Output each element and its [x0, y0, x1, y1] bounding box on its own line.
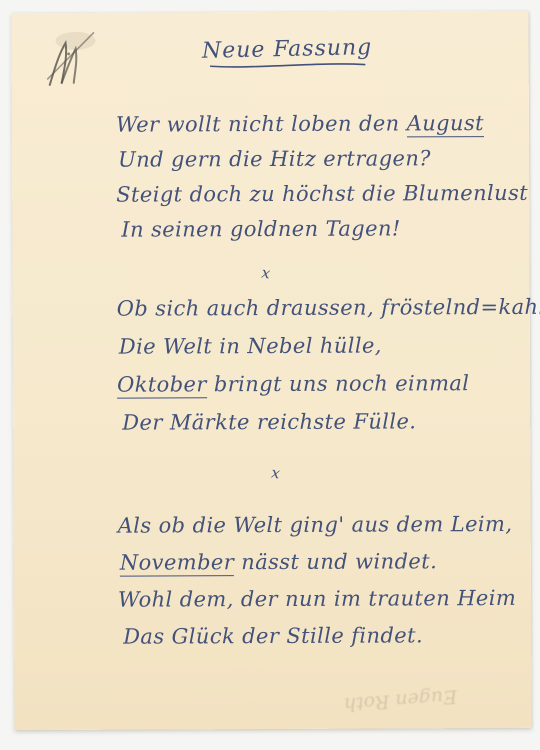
poem-text: Wohl dem, der nun im trauten Heim [118, 586, 516, 612]
poem-line: Ob sich auch draussen, fröstelnd=kahl [117, 288, 540, 328]
underlined-word: Oktober [117, 372, 207, 398]
poem: Wer wollt nicht loben den AugustUnd gern… [11, 11, 531, 730]
poem-line: Oktober bringt uns noch einmal [117, 364, 540, 404]
poem-line: Das Glück der Stille findet. [123, 617, 516, 656]
photo-background: Neue Fassung Wer wollt nicht loben den A… [0, 0, 540, 750]
poem-stanza: Wer wollt nicht loben den AugustUnd gern… [116, 106, 528, 248]
poem-line: Wer wollt nicht loben den August [116, 106, 528, 143]
poem-line: Als ob die Welt ging' aus dem Leim, [118, 506, 516, 545]
poem-text: Und gern die Hitz ertragen? [118, 146, 431, 171]
poem-text: bringt uns noch einmal [207, 371, 470, 396]
poem-text: Die Welt in Nebel hülle, [119, 334, 382, 359]
poem-stanza: Ob sich auch draussen, fröstelnd=kahlDie… [117, 288, 540, 442]
poem-stanza: Als ob die Welt ging' aus dem Leim,Novem… [118, 506, 517, 656]
manuscript-page: Neue Fassung Wer wollt nicht loben den A… [11, 11, 531, 730]
poem-line: Und gern die Hitz ertragen? [118, 141, 528, 178]
poem-line: In seinen goldnen Tagen! [121, 211, 528, 248]
poem-text: Das Glück der Stille findet. [123, 623, 423, 648]
poem-line: Wohl dem, der nun im trauten Heim [118, 580, 516, 619]
underlined-word: November [120, 550, 234, 576]
poem-line: November nässt und windet. [120, 543, 516, 582]
poem-text: Ob sich auch draussen, fröstelnd=kahl [117, 295, 540, 321]
stanza-separator: x [270, 463, 281, 482]
poem-text: Steigt doch zu höchst die Blumenlust [116, 181, 528, 207]
poem-line: Die Welt in Nebel hülle, [119, 326, 540, 366]
poem-text: Als ob die Welt ging' aus dem Leim, [118, 512, 513, 538]
poem-line: Der Märkte reichste Fülle. [122, 402, 540, 442]
poem-text: nässt und windet. [234, 549, 437, 574]
poem-text: Wer wollt nicht loben den [116, 111, 407, 136]
poem-line: Steigt doch zu höchst die Blumenlust [116, 176, 528, 213]
stanza-separator: x [260, 264, 271, 283]
poem-text: Der Märkte reichste Fülle. [122, 409, 416, 434]
poem-text: In seinen goldnen Tagen! [121, 216, 400, 241]
underlined-word: August [407, 111, 484, 137]
